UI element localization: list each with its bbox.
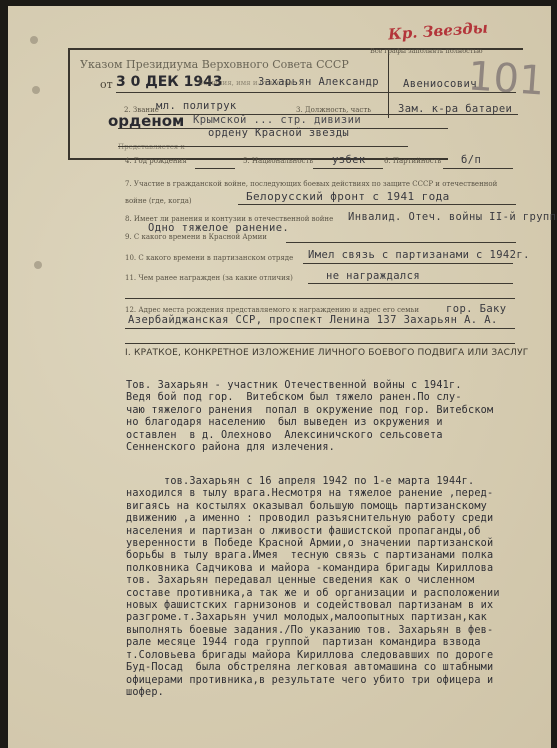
field-11-underline [308, 283, 513, 284]
field-2-value: мл. политрук [156, 100, 237, 112]
field-4-underline [118, 146, 408, 147]
section-heading: I. КРАТКОЕ, КОНКРЕТНОЕ ИЗЛОЖЕНИЕ ЛИЧНОГО… [125, 348, 529, 358]
unit-value: Крымской ... стр. дивизии [193, 114, 361, 126]
party-underline [443, 168, 513, 169]
field-1-underline [116, 92, 516, 93]
field-7-value: Белорусский фронт с 1941 года [246, 190, 450, 203]
field-12-value-line2: Азербайджанская ССР, проспект Ленина 137… [128, 314, 498, 326]
field-12-label: 12. Адрес места рождения представляемого… [125, 306, 419, 314]
party-label: 6. Партийность [384, 157, 441, 165]
narrative-paragraph-2: тов.Захарьян с 16 апреля 1942 по 1-е мар… [126, 476, 500, 699]
field-1-patronymic: Авениосович [403, 78, 477, 90]
decree-from-label: от [100, 78, 113, 91]
header-box-left [68, 48, 70, 158]
field-10-underline [303, 263, 513, 264]
field-12-underline [125, 328, 515, 329]
nationality-value: узбек [332, 154, 366, 166]
field-11-value: не награждался [326, 270, 420, 282]
represented-label: Представляется к [118, 143, 185, 151]
award-recommended: ордену Красной звезды [208, 127, 349, 139]
field-10-value: Имел связь с партизанами с 1942г. [308, 249, 530, 261]
handwritten-award-note: Кр. Звезды [387, 19, 488, 44]
field-1-value: Захарьян Александр [258, 76, 379, 88]
field-12-extra-line [125, 343, 515, 344]
field-9-underline [286, 242, 516, 243]
field-3-label: 3. Должность, часть [296, 106, 371, 114]
header-box-divider [388, 48, 389, 118]
field-8-value: Инвалид. Отеч. войны II-й группы [348, 211, 557, 223]
birth-year-label: 4. Год рождения [125, 157, 187, 165]
document-page: Кр. Звезды 101 Все графы заполнять полно… [8, 6, 551, 748]
punch-hole [32, 86, 40, 94]
decree-text: Указом Президиума Верховного Совета СССР [80, 58, 349, 71]
field-7-underline [238, 204, 516, 205]
nationality-label: 5. Национальность [243, 157, 313, 165]
party-value: б/п [461, 154, 481, 166]
field-9-label: 9. С какого времени в Красной Армии [125, 233, 267, 241]
punch-hole [34, 261, 42, 269]
punch-hole [30, 36, 38, 44]
field-11-label: 11. Чем ранее награжден (за какие отличи… [125, 274, 293, 282]
narrative-paragraph-1: Тов. Захарьян - участник Отечественной в… [126, 380, 493, 454]
nationality-underline [313, 168, 383, 169]
field-10-label: 10. С какого времени в партизанском отря… [125, 254, 293, 262]
birth-year-underline [195, 168, 235, 169]
field-11-extra-line [125, 298, 515, 299]
header-instruction: Все графы заполнять полностью [370, 47, 483, 55]
pencil-archive-number: 101 [466, 53, 545, 104]
